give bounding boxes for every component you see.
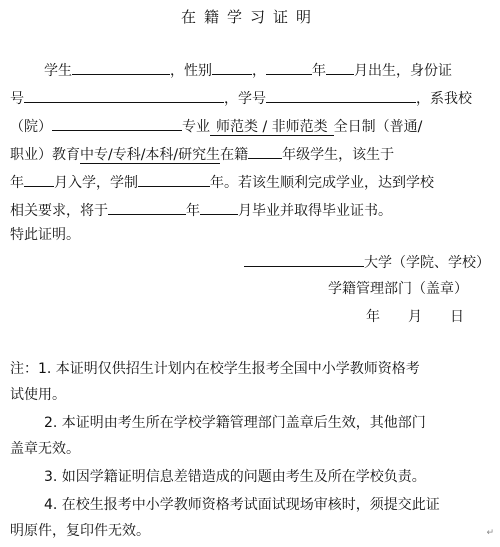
note-1b: 试使用。 xyxy=(10,386,66,404)
body-line-2: 号，学号，系我校 xyxy=(10,88,472,106)
text: 年。若该生顺利完成学业，达到学校 xyxy=(210,175,434,191)
gender-blank[interactable] xyxy=(212,60,252,75)
note-2a: 2. 本证明由考生所在学校学籍管理部门盖章后生效，其他部门 xyxy=(44,414,426,432)
student-number-blank[interactable] xyxy=(266,88,416,103)
paragraph-mark-icon: ↵ xyxy=(486,528,494,538)
text: 职业）教育 xyxy=(10,147,80,163)
text: 年 xyxy=(186,203,200,219)
school-name-blank[interactable] xyxy=(244,252,364,267)
text: 月出生，身份证 xyxy=(354,63,452,79)
birth-month-blank[interactable] xyxy=(326,60,354,75)
education-level-option[interactable]: 中专/专科/本科/研究生 xyxy=(80,147,220,164)
text: ，学号 xyxy=(224,91,266,107)
text: 年 xyxy=(312,63,326,79)
birth-year-blank[interactable] xyxy=(266,60,312,75)
note-4b: 明原件，复印件无效。 xyxy=(10,522,150,540)
enroll-month-blank[interactable] xyxy=(24,172,54,187)
text: ，系我校 xyxy=(416,91,472,107)
text: 学生 xyxy=(44,63,72,79)
school-signature-line: 大学（学院、学校） xyxy=(244,252,490,270)
duration-blank[interactable] xyxy=(138,172,210,187)
dept-stamp-label: 学籍管理部门（盖章） xyxy=(328,280,468,298)
body-line-5: 年月入学，学制年。若该生顺利完成学业，达到学校 xyxy=(10,172,434,190)
graduation-year-blank[interactable] xyxy=(108,200,186,215)
text: 月入学，学制 xyxy=(54,175,138,191)
text: 号 xyxy=(10,91,24,107)
id-number-blank[interactable] xyxy=(24,88,224,103)
text: 相关要求，将于 xyxy=(10,203,108,219)
text: 在籍 xyxy=(220,147,248,163)
text: ， xyxy=(252,63,266,79)
note-3: 3. 如因学籍证明信息差错造成的问题由考生及所在学校负责。 xyxy=(44,468,426,486)
name-blank[interactable] xyxy=(72,60,170,75)
text: 专业 xyxy=(182,119,210,135)
graduation-month-blank[interactable] xyxy=(200,200,238,215)
text: 全日制（普通/ xyxy=(334,119,423,135)
body-line-6: 相关要求，将于年月毕业并取得毕业证书。 xyxy=(10,200,392,218)
body-line-4: 职业）教育中专/专科/本科/研究生在籍年级学生，该生于 xyxy=(10,144,394,162)
certify-text: 特此证明。 xyxy=(10,226,80,244)
document-title: 在籍学习证明 xyxy=(0,6,500,27)
text: 年 xyxy=(10,175,24,191)
text: ，性别 xyxy=(170,63,212,79)
text: （院） xyxy=(10,119,52,135)
date-label: 年 月 日 xyxy=(366,308,464,326)
text: 年级学生，该生于 xyxy=(282,147,394,163)
text: 月毕业并取得毕业证书。 xyxy=(238,203,392,219)
body-line-1: 学生，性别，年月出生，身份证 xyxy=(44,60,452,78)
teacher-type-option[interactable]: 师范类 / 非师范类 xyxy=(210,119,334,136)
grade-blank[interactable] xyxy=(248,144,282,159)
note-2b: 盖章无效。 xyxy=(10,440,80,458)
note-4a: 4. 在校生报考中小学教师资格考试面试现场审核时，须提交此证 xyxy=(44,496,440,514)
text: 大学（学院、学校） xyxy=(364,255,490,271)
body-line-3: （院）专业师范类 / 非师范类全日制（普通/ xyxy=(10,116,422,134)
note-1a: 注：1. 本证明仅供招生计划内在校学生报考全国中小学教师资格考 xyxy=(10,360,420,378)
major-blank[interactable] xyxy=(52,116,182,131)
